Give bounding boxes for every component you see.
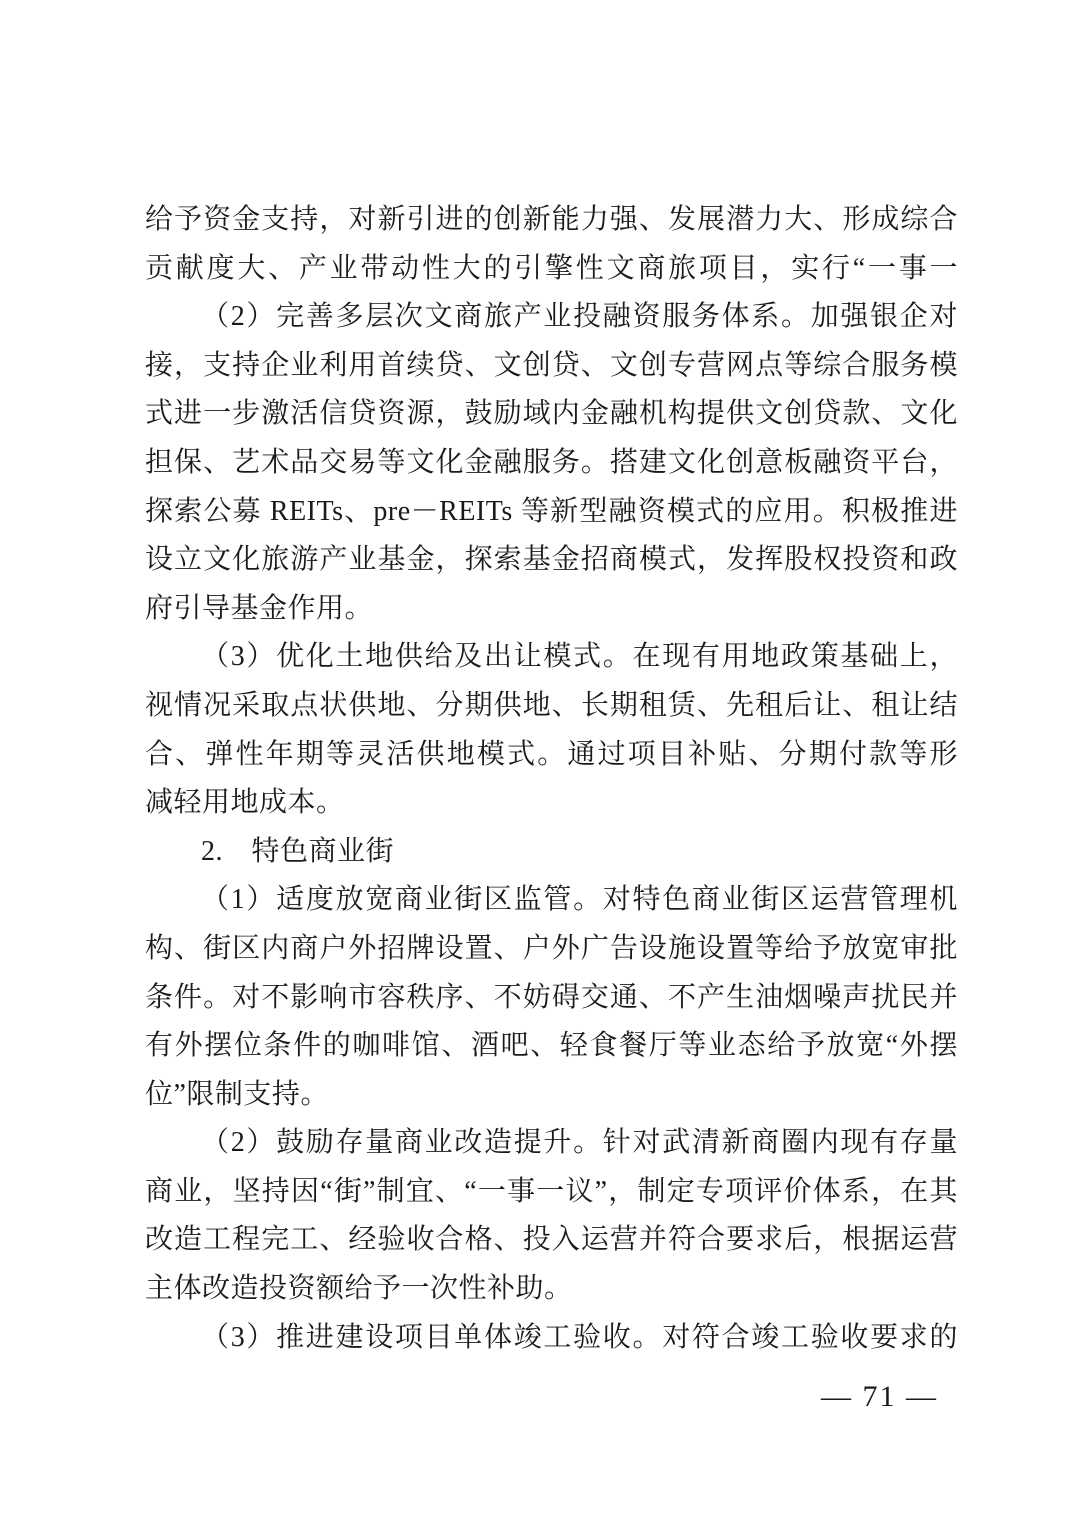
text-line paragraph-end: 主体改造投资额给予一次性补助。 <box>145 1265 958 1314</box>
text-line: 接，支持企业利用首续贷、文创贷、文创专营网点等综合服务模 <box>145 342 958 391</box>
text-line: 贡献度大、产业带动性大的引擎性文商旅项目，实行“一事一议”。 <box>145 245 958 294</box>
text-line: 合、弹性年期等灵活供地模式。通过项目补贴、分期付款等形式， <box>145 731 958 780</box>
text-line: 设立文化旅游产业基金，探索基金招商模式，发挥股权投资和政 <box>145 536 958 585</box>
text-line paragraph-start: （3）推进建设项目单体竣工验收。对符合竣工验收要求的 <box>145 1314 958 1363</box>
text-line paragraph-end: 位”限制支持。 <box>145 1071 958 1120</box>
section-heading: 2. 特色商业街 <box>145 828 958 877</box>
text-line paragraph-start: （2）鼓励存量商业改造提升。针对武清新商圈内现有存量 <box>145 1119 958 1168</box>
text-line: 条件。对不影响市容秩序、不妨碍交通、不产生油烟噪声扰民并 <box>145 974 958 1023</box>
text-line paragraph-end: 减轻用地成本。 <box>145 779 958 828</box>
text-line: 探索公募 REITs、pre－REITs 等新型融资模式的应用。积极推进 <box>145 488 958 537</box>
text-line paragraph-start: （2）完善多层次文商旅产业投融资服务体系。加强银企对 <box>145 293 958 342</box>
text-line: 式进一步激活信贷资源，鼓励域内金融机构提供文创贷款、文化 <box>145 390 958 439</box>
text-line: 担保、艺术品交易等文化金融服务。搭建文化创意板融资平台， <box>145 439 958 488</box>
text-line: 商业，坚持因“街”制宜、“一事一议”，制定专项评价体系，在其 <box>145 1168 958 1217</box>
text-line: 给予资金支持，对新引进的创新能力强、发展潜力大、形成综合 <box>145 196 958 245</box>
text-line: 改造工程完工、经验收合格、投入运营并符合要求后，根据运营 <box>145 1216 958 1265</box>
page-number: — 71 — <box>821 1379 938 1415</box>
text-line: 视情况采取点状供地、分期供地、长期租赁、先租后让、租让结 <box>145 682 958 731</box>
text-line: 有外摆位条件的咖啡馆、酒吧、轻食餐厅等业态给予放宽“外摆 <box>145 1022 958 1071</box>
document-page: 给予资金支持，对新引进的创新能力强、发展潜力大、形成综合 贡献度大、产业带动性大… <box>0 0 1074 1520</box>
text-line paragraph-start: （1）适度放宽商业街区监管。对特色商业街区运营管理机 <box>145 876 958 925</box>
text-line paragraph-end: 府引导基金作用。 <box>145 585 958 634</box>
document-body: 给予资金支持，对新引进的创新能力强、发展潜力大、形成综合 贡献度大、产业带动性大… <box>145 196 958 1362</box>
text-line paragraph-start: （3）优化土地供给及出让模式。在现有用地政策基础上， <box>145 633 958 682</box>
text-line: 构、街区内商户外招牌设置、户外广告设施设置等给予放宽审批 <box>145 925 958 974</box>
